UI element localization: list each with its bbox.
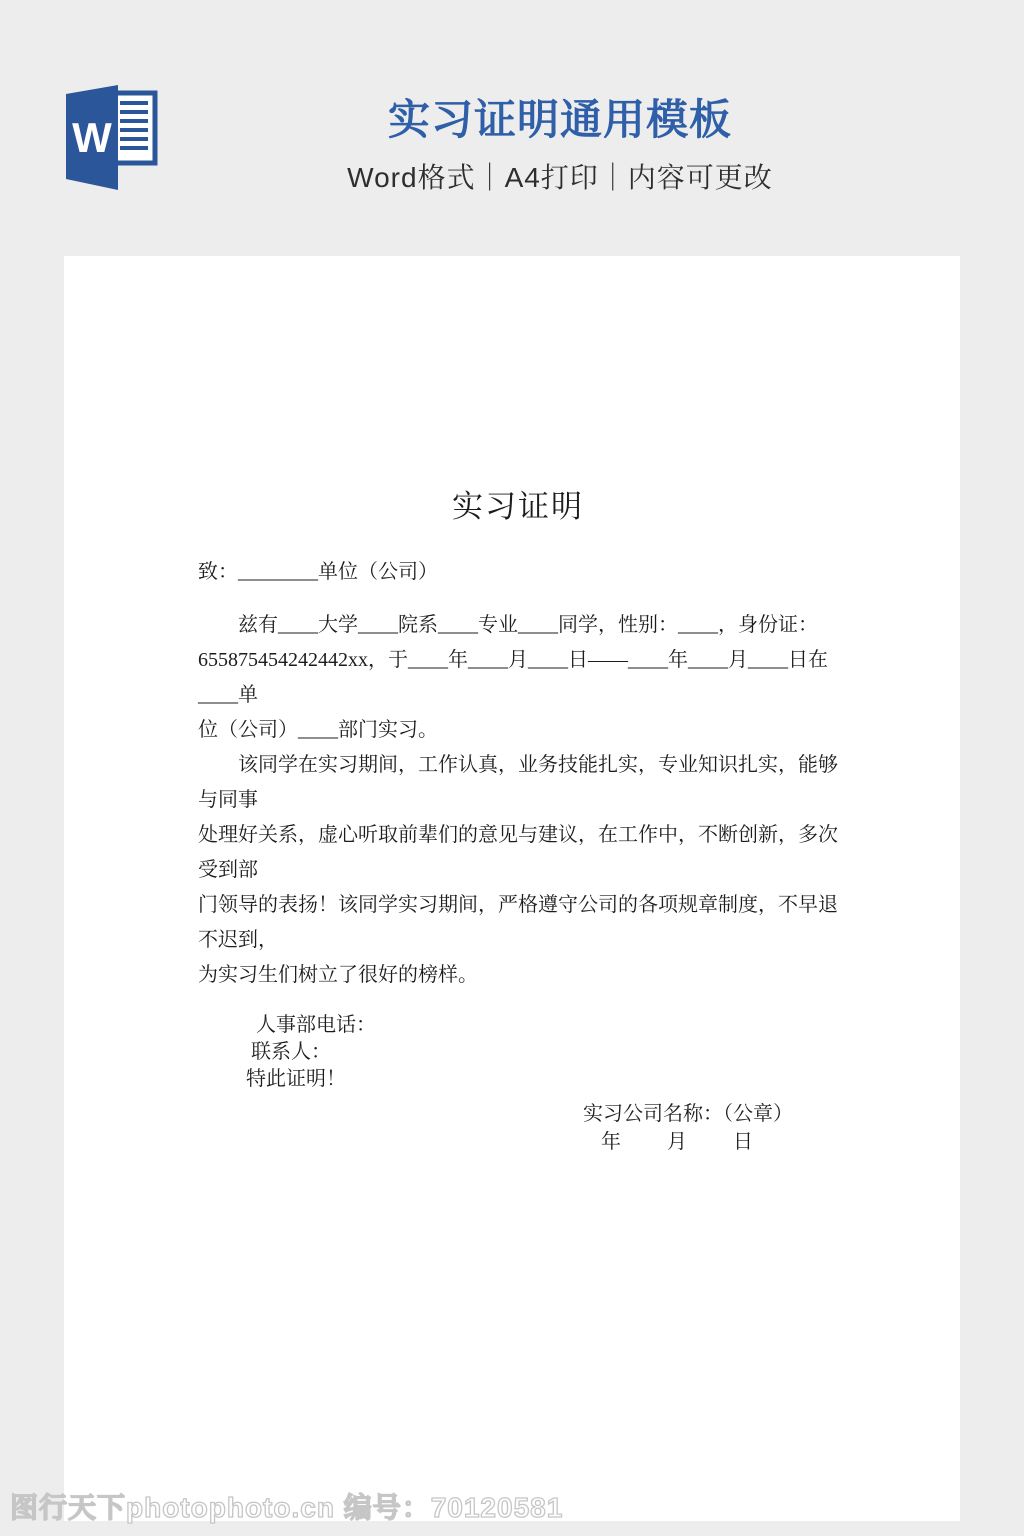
- template-subtitle: Word格式｜A4打印｜内容可更改: [160, 156, 960, 196]
- paragraph-line: 门领导的表扬！该同学实习期间，严格遵守公司的各项规章制度，不早退不迟到，: [198, 888, 838, 958]
- paragraph-line: 兹有____大学____院系____专业____同学，性别：____，身份证：: [198, 608, 838, 643]
- document-paragraph-2: 该同学在实习期间，工作认真，业务技能扎实，专业知识扎实，能够与同事 处理好关系，…: [198, 748, 838, 993]
- date-line: 年 月 日: [583, 1128, 838, 1156]
- template-title: 实习证明通用模板: [160, 96, 960, 144]
- paragraph-line: 该同学在实习期间，工作认真，业务技能扎实，专业知识扎实，能够与同事: [198, 748, 838, 818]
- word-icon-letter: W: [72, 114, 112, 161]
- paragraph-line: 处理好关系，虚心听取前辈们的意见与建议，在工作中，不断创新，多次受到部: [198, 818, 838, 888]
- hereby-certify-line: 特此证明！: [246, 1066, 838, 1093]
- document-to-line: 致：________单位（公司）: [198, 558, 838, 586]
- header: W 实习证明通用模板 Word格式｜A4打印｜内容可更改: [0, 0, 1024, 256]
- document-page: 实习证明 致：________单位（公司） 兹有____大学____院系____…: [64, 256, 960, 1521]
- signature-block: 实习公司名称：（公章） 年 月 日: [583, 1100, 838, 1156]
- document-paragraph-1: 兹有____大学____院系____专业____同学，性别：____，身份证： …: [198, 608, 838, 748]
- contact-person-line: 联系人：: [251, 1039, 838, 1066]
- paragraph-line: 位（公司）____部门实习。: [198, 713, 838, 748]
- header-text: 实习证明通用模板 Word格式｜A4打印｜内容可更改: [160, 96, 960, 196]
- watermark-text: 图行天下photophoto.cn 编号：70120581: [10, 1486, 563, 1526]
- paragraph-line: 为实习生们树立了很好的榜样。: [198, 958, 838, 993]
- word-logo-icon: W: [62, 84, 162, 196]
- document-title: 实习证明: [198, 490, 838, 524]
- contact-block: 人事部电话： 联系人： 特此证明！: [198, 1012, 838, 1093]
- paragraph-line: 655875454242442xx，于____年____月____日——____…: [198, 643, 838, 713]
- company-name-line: 实习公司名称：（公章）: [583, 1100, 838, 1128]
- hr-phone-line: 人事部电话：: [256, 1012, 838, 1039]
